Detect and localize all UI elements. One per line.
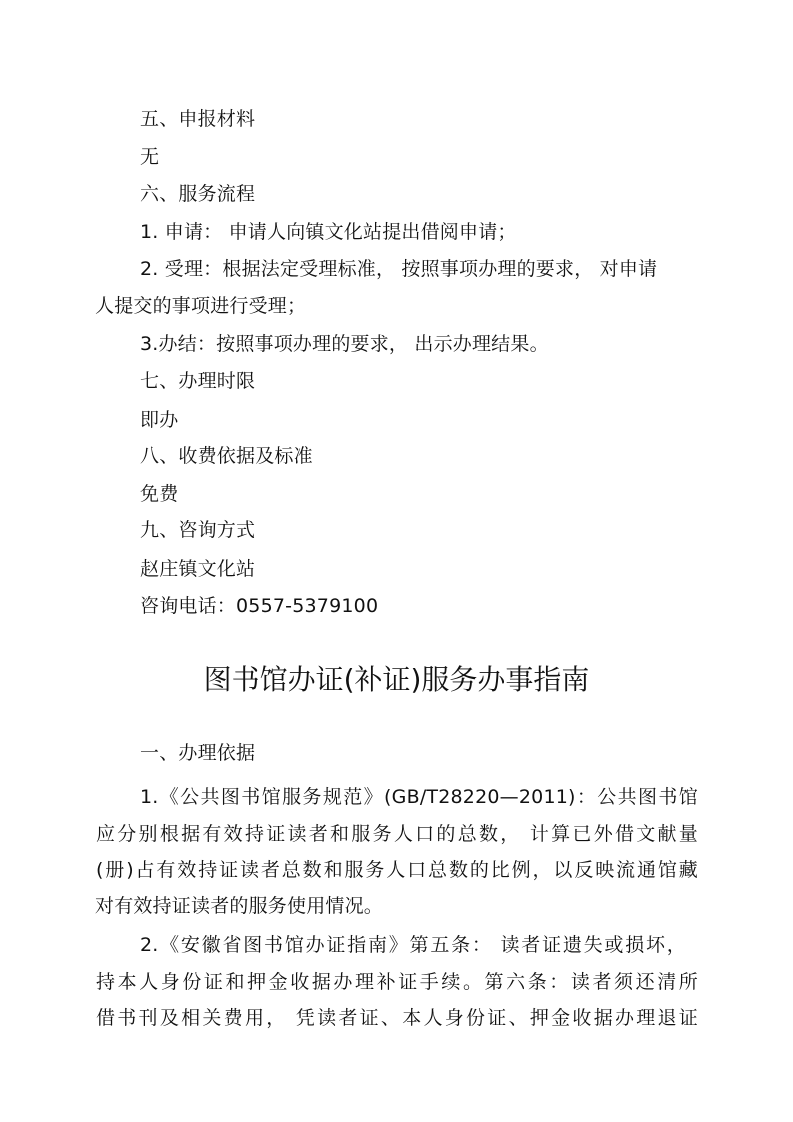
process-step-3: 3.办结：按照事项办理的要求， 出示办理结果。 <box>140 332 549 356</box>
process-step-2-line-2: 人提交的事项进行受理； <box>95 294 306 318</box>
basis-para-1-line-1: 1.《公共图书馆服务规范》(GB/T28220—2011)：公共图书馆 <box>140 785 698 809</box>
process-step-1: 1. 申请： 申请人向镇文化站提出借阅申请； <box>140 220 517 244</box>
basis-para-1-line-2: 应分别根据有效持证读者和服务人口的总数， 计算已外借文献量 <box>96 822 698 846</box>
fees-body: 免费 <box>140 482 178 506</box>
basis-para-1-line-3: (册)占有效持证读者总数和服务人口总数的比例，以反映流通馆藏 <box>96 858 698 882</box>
section-heading-materials: 五、申报材料 <box>140 107 255 131</box>
basis-para-1-line-4: 对有效持证读者的服务使用情况。 <box>95 894 383 918</box>
time-limit-body: 即办 <box>140 408 178 432</box>
consult-org: 赵庄镇文化站 <box>140 557 255 581</box>
guide-title: 图书馆办证(补证)服务办事指南 <box>0 662 793 698</box>
basis-para-2-line-1: 2.《安徽省图书馆办证指南》第五条： 读者证遗失或损坏， <box>140 933 686 957</box>
section-heading-consult: 九、咨询方式 <box>140 518 255 542</box>
basis-para-2-line-3: 借书刊及相关费用， 凭读者证、本人身份证、押金收据办理退证 <box>96 1006 698 1030</box>
consult-phone: 咨询电话：0557-5379100 <box>140 594 378 618</box>
section-heading-process: 六、服务流程 <box>140 182 255 206</box>
process-step-2-line-1: 2. 受理：根据法定受理标准， 按照事项办理的要求， 对申请 <box>140 257 657 281</box>
basis-para-2-line-2: 持本人身份证和押金收据办理补证手续。第六条：读者须还清所 <box>96 970 698 994</box>
section-heading-time-limit: 七、办理时限 <box>140 369 255 393</box>
section-heading-fees: 八、收费依据及标准 <box>140 444 313 468</box>
guide-heading-basis: 一、办理依据 <box>140 741 255 765</box>
materials-body: 无 <box>140 145 159 169</box>
